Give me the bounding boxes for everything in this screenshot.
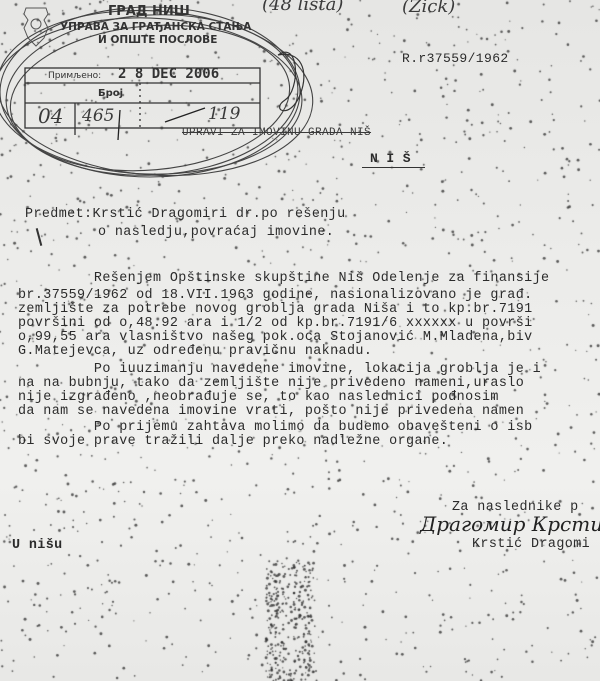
stamp-attachment: 119	[208, 104, 240, 124]
stamp-number-label: Број	[98, 88, 123, 99]
stamp-office-line1: УПРАВА ЗА ГРАЂАНСКА СТАЊА	[60, 21, 251, 33]
place-of-writing: U nišu	[12, 538, 63, 553]
body-line: bi svoje prave tražili dalje preko nadle…	[18, 434, 448, 449]
body-line: Rešenjem Opštinske skupštine Niš Odelenj…	[18, 271, 549, 286]
body-line: Po iuuzimanju navedene imovine, lokacija…	[18, 362, 541, 377]
body-line: G.Matejevca, uz određenu pravičnu naknad…	[18, 344, 372, 359]
body-line: na na bubnju, tako da zemljište nije pri…	[18, 376, 524, 391]
stamp-office-line2: И ОПШТЕ ПОСЛОВЕ	[98, 34, 217, 46]
stamp-city: ГРАД НИШ	[108, 4, 190, 19]
stamp-org-unit: 04	[38, 104, 63, 128]
body-line: nije izgrađeno ,neobrađuje se, to kao na…	[18, 390, 499, 405]
reference-number: R.r37559/1962	[402, 51, 509, 66]
body-line: da nam se navedena imovine vrati, pošto …	[18, 404, 524, 419]
margin-pen-mark	[36, 228, 43, 246]
body-line: Po prijemu zahtava molimo da budemo obav…	[18, 420, 533, 435]
official-stamp: ГРАД НИШ УПРАВА ЗА ГРАЂАНСКА СТАЊА И ОПШ…	[0, 0, 330, 190]
handwritten-note-zick: (Zick)	[402, 0, 455, 17]
stamp-number: 465	[82, 106, 114, 126]
subject-line1: Predmet:Krstić Dragomiri dr.po rešenju	[25, 207, 346, 222]
handwritten-signature: Драгомир Крстић	[420, 512, 600, 536]
subject-line2: o nasledju,povraćaj imovine.	[98, 225, 334, 240]
handwritten-note-lista: (48 lista)	[262, 0, 343, 15]
body-line: zemljište za potrebe novog groblja grada…	[18, 302, 533, 317]
body-line: površini od o,48.92 ara i 1/2 od kp.br.7…	[18, 316, 533, 331]
body-line: br.37559/1962 od 18.VII.1963 godine, nas…	[18, 288, 533, 303]
body-line: o,99,55 ara vlasništvo našeg pok.oca Sto…	[18, 330, 533, 345]
recipient-city: N I Š	[362, 151, 425, 168]
stamp-received-label: Примљено:	[48, 71, 101, 81]
closing-typed-name: Krstić Dragomi	[472, 537, 590, 552]
serbian-coat-of-arms-icon	[24, 6, 48, 46]
stamp-received-date: 2 8 DEC 2006	[118, 66, 219, 82]
recipient-line: UPRAVI ZA IMOVINU GRADA NIŠ	[182, 127, 371, 139]
